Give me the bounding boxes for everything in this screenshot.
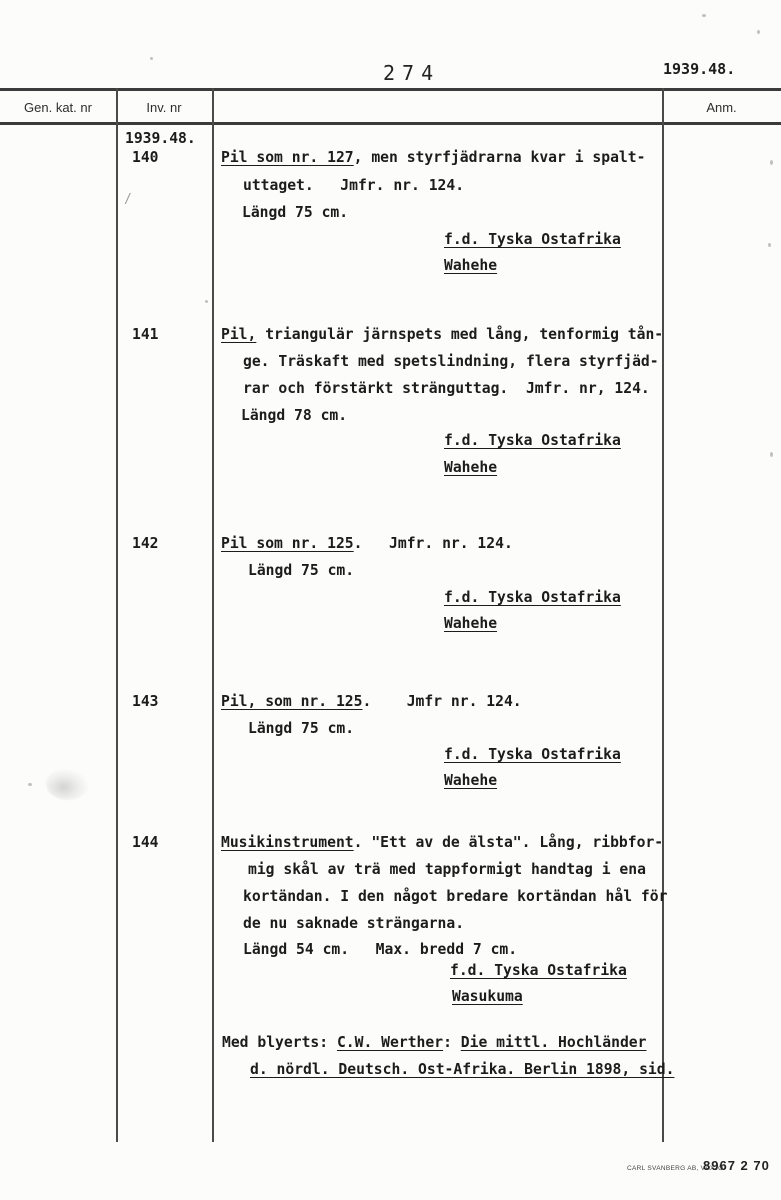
scan-speck <box>150 57 153 60</box>
scan-speck <box>770 452 773 457</box>
entry-141-heading: Pil, triangulär järnspets med lång, tenf… <box>221 326 663 343</box>
entry-141-provenance: f.d. Tyska Ostafrika <box>444 432 621 449</box>
column-divider-1 <box>116 88 118 1142</box>
entry-142-people: Wahehe <box>444 615 497 632</box>
entry-142-title-rest: . Jmfr. nr. 124. <box>354 535 513 552</box>
entry-141-title: Pil, <box>221 326 256 343</box>
entry-141-length: Längd 78 cm. <box>241 407 347 424</box>
inv-nr-142: 142 <box>132 535 159 552</box>
entry-143-heading: Pil, som nr. 125. Jmfr nr. 124. <box>221 693 522 710</box>
entry-143-people: Wahehe <box>444 772 497 789</box>
column-header-inv-nr: Inv. nr <box>116 100 212 115</box>
inv-nr-143: 143 <box>132 693 159 710</box>
inventory-year: 1939.48. <box>125 130 196 147</box>
inv-nr-141: 141 <box>132 326 159 343</box>
page-number: 274 <box>383 61 440 85</box>
entry-142-title: Pil som nr. 125 <box>221 535 354 552</box>
entry-140-title-rest: , men styrfjädrarna kvar i spalt- <box>354 149 646 166</box>
entry-141-body-line: ge. Träskaft med spetslindning, flera st… <box>243 353 659 370</box>
entry-140-people: Wahehe <box>444 257 497 274</box>
pencil-note-line-2: d. nördl. Deutsch. Ost-Afrika. Berlin 18… <box>250 1061 674 1078</box>
entry-144-people: Wasukuma <box>452 988 523 1005</box>
entry-144-title: Musikinstrument <box>221 834 354 851</box>
printer-code: 8967 2 70 <box>703 1158 770 1173</box>
entry-140-title: Pil som nr. 127 <box>221 149 354 166</box>
scan-speck <box>768 243 771 247</box>
entry-140-heading: Pil som nr. 127, men styrfjädrarna kvar … <box>221 149 645 166</box>
scan-speck <box>205 300 208 303</box>
inv-nr-140: 140 <box>132 149 159 166</box>
scan-speck <box>770 160 773 165</box>
entry-141-people: Wahehe <box>444 459 497 476</box>
entry-144-body-line: de nu saknade strängarna. <box>243 915 464 932</box>
scan-speck <box>702 14 706 17</box>
entry-144-heading: Musikinstrument. "Ett av de älsta". Lång… <box>221 834 663 851</box>
column-header-gen-kat-nr: Gen. kat. nr <box>0 100 116 115</box>
column-divider-3 <box>662 88 664 1142</box>
entry-142-heading: Pil som nr. 125. Jmfr. nr. 124. <box>221 535 513 552</box>
entry-142-length: Längd 75 cm. <box>248 562 354 579</box>
entry-144-length: Längd 54 cm. Max. bredd 7 cm. <box>243 941 517 958</box>
pencil-slash-mark: / <box>124 192 132 207</box>
pencil-note-line-1: Med blyerts: C.W. Werther: Die mittl. Ho… <box>222 1034 646 1051</box>
inv-nr-144: 144 <box>132 834 159 851</box>
entry-140-length: Längd 75 cm. <box>242 204 348 221</box>
pencil-smudge <box>46 768 90 800</box>
entry-141-body-line: rar och förstärkt stränguttag. Jmfr. nr,… <box>243 380 650 397</box>
scan-speck <box>28 783 32 786</box>
entry-140-body-line: uttaget. Jmfr. nr. 124. <box>243 177 464 194</box>
dossier-number: 1939.48. <box>663 60 735 78</box>
note-prefix: Med blyerts: <box>222 1034 337 1051</box>
column-divider-2 <box>212 88 214 1142</box>
entry-143-title-rest: . Jmfr nr. 124. <box>362 693 521 710</box>
entry-143-length: Längd 75 cm. <box>248 720 354 737</box>
note-title: Die mittl. Hochländer <box>461 1034 647 1051</box>
note-separator: : <box>443 1034 461 1051</box>
column-header-anm: Anm. <box>662 100 781 115</box>
entry-144-body-line: kortändan. I den något bredare kortändan… <box>243 888 667 905</box>
entry-144-body-line: mig skål av trä med tappformigt handtag … <box>248 861 646 878</box>
entry-143-title: Pil, som nr. 125 <box>221 693 362 710</box>
entry-144-provenance: f.d. Tyska Ostafrika <box>450 962 627 979</box>
catalog-page: 274 1939.48. Gen. kat. nr Inv. nr Anm. 1… <box>0 0 781 1200</box>
entry-141-title-rest: triangulär järnspets med lång, tenformig… <box>256 326 663 343</box>
entry-140-provenance: f.d. Tyska Ostafrika <box>444 231 621 248</box>
scan-speck <box>757 30 760 34</box>
entry-144-title-rest: . "Ett av de älsta". Lång, ribbfor- <box>354 834 664 851</box>
note-author: C.W. Werther <box>337 1034 443 1051</box>
entry-142-provenance: f.d. Tyska Ostafrika <box>444 589 621 606</box>
entry-143-provenance: f.d. Tyska Ostafrika <box>444 746 621 763</box>
